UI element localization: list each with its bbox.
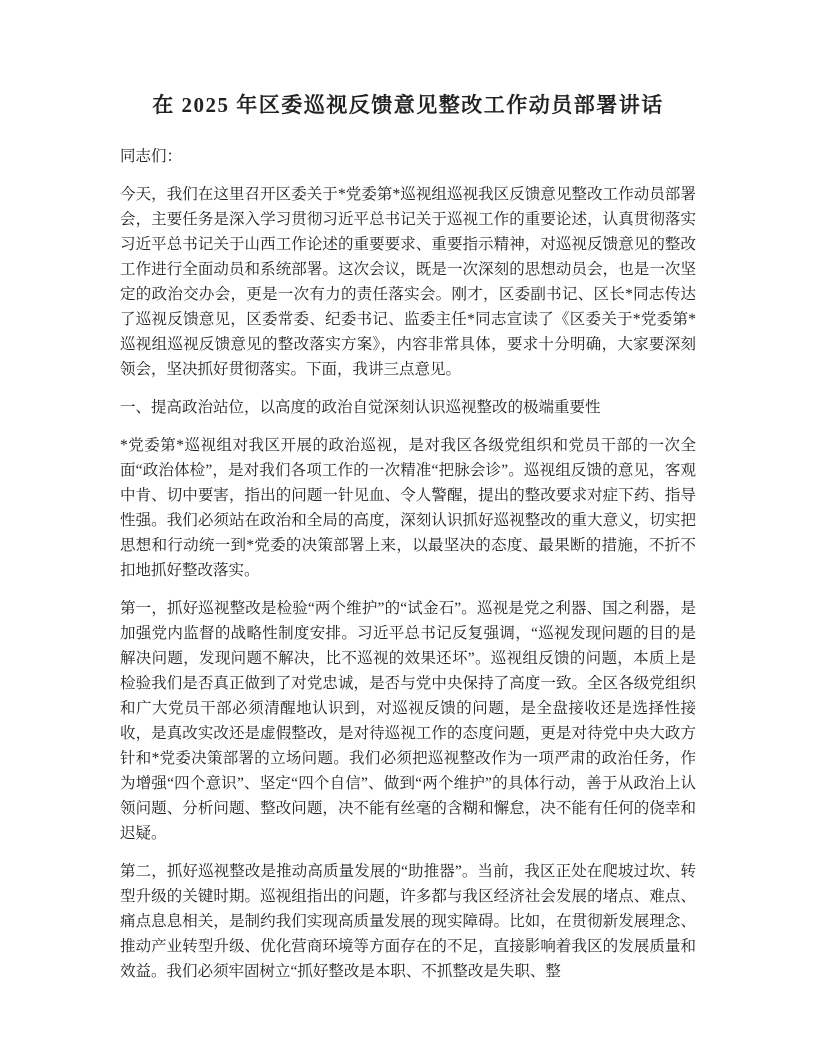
paragraph-first-point: 第一，抓好巡视整改是检验“两个维护”的“试金石”。巡视是党之利器、国之利器，是加…: [120, 596, 696, 846]
paragraph-intro: 今天，我们在这里召开区委关于*党委第*巡视组巡视我区反馈意见整改工作动员部署会，…: [120, 182, 696, 382]
salutation: 同志们：: [120, 144, 696, 169]
document-body: 同志们： 今天，我们在这里召开区委关于*党委第*巡视组巡视我区反馈意见整改工作动…: [120, 144, 696, 984]
paragraph-political-inspection: *党委第*巡视组对我区开展的政治巡视，是对我区各级党组织和党员干部的一次全面“政…: [120, 433, 696, 583]
document-page: 在 2025 年区委巡视反馈意见整改工作动员部署讲话 同志们： 今天，我们在这里…: [0, 0, 816, 1056]
paragraph-second-point: 第二，抓好巡视整改是推动高质量发展的“助推器”。当前，我区正处在爬坡过坎、转型升…: [120, 859, 696, 984]
section-heading-1: 一、提高政治站位，以高度的政治自觉深刻认识巡视整改的极端重要性: [120, 395, 696, 420]
document-title: 在 2025 年区委巡视反馈意见整改工作动员部署讲话: [120, 90, 696, 120]
